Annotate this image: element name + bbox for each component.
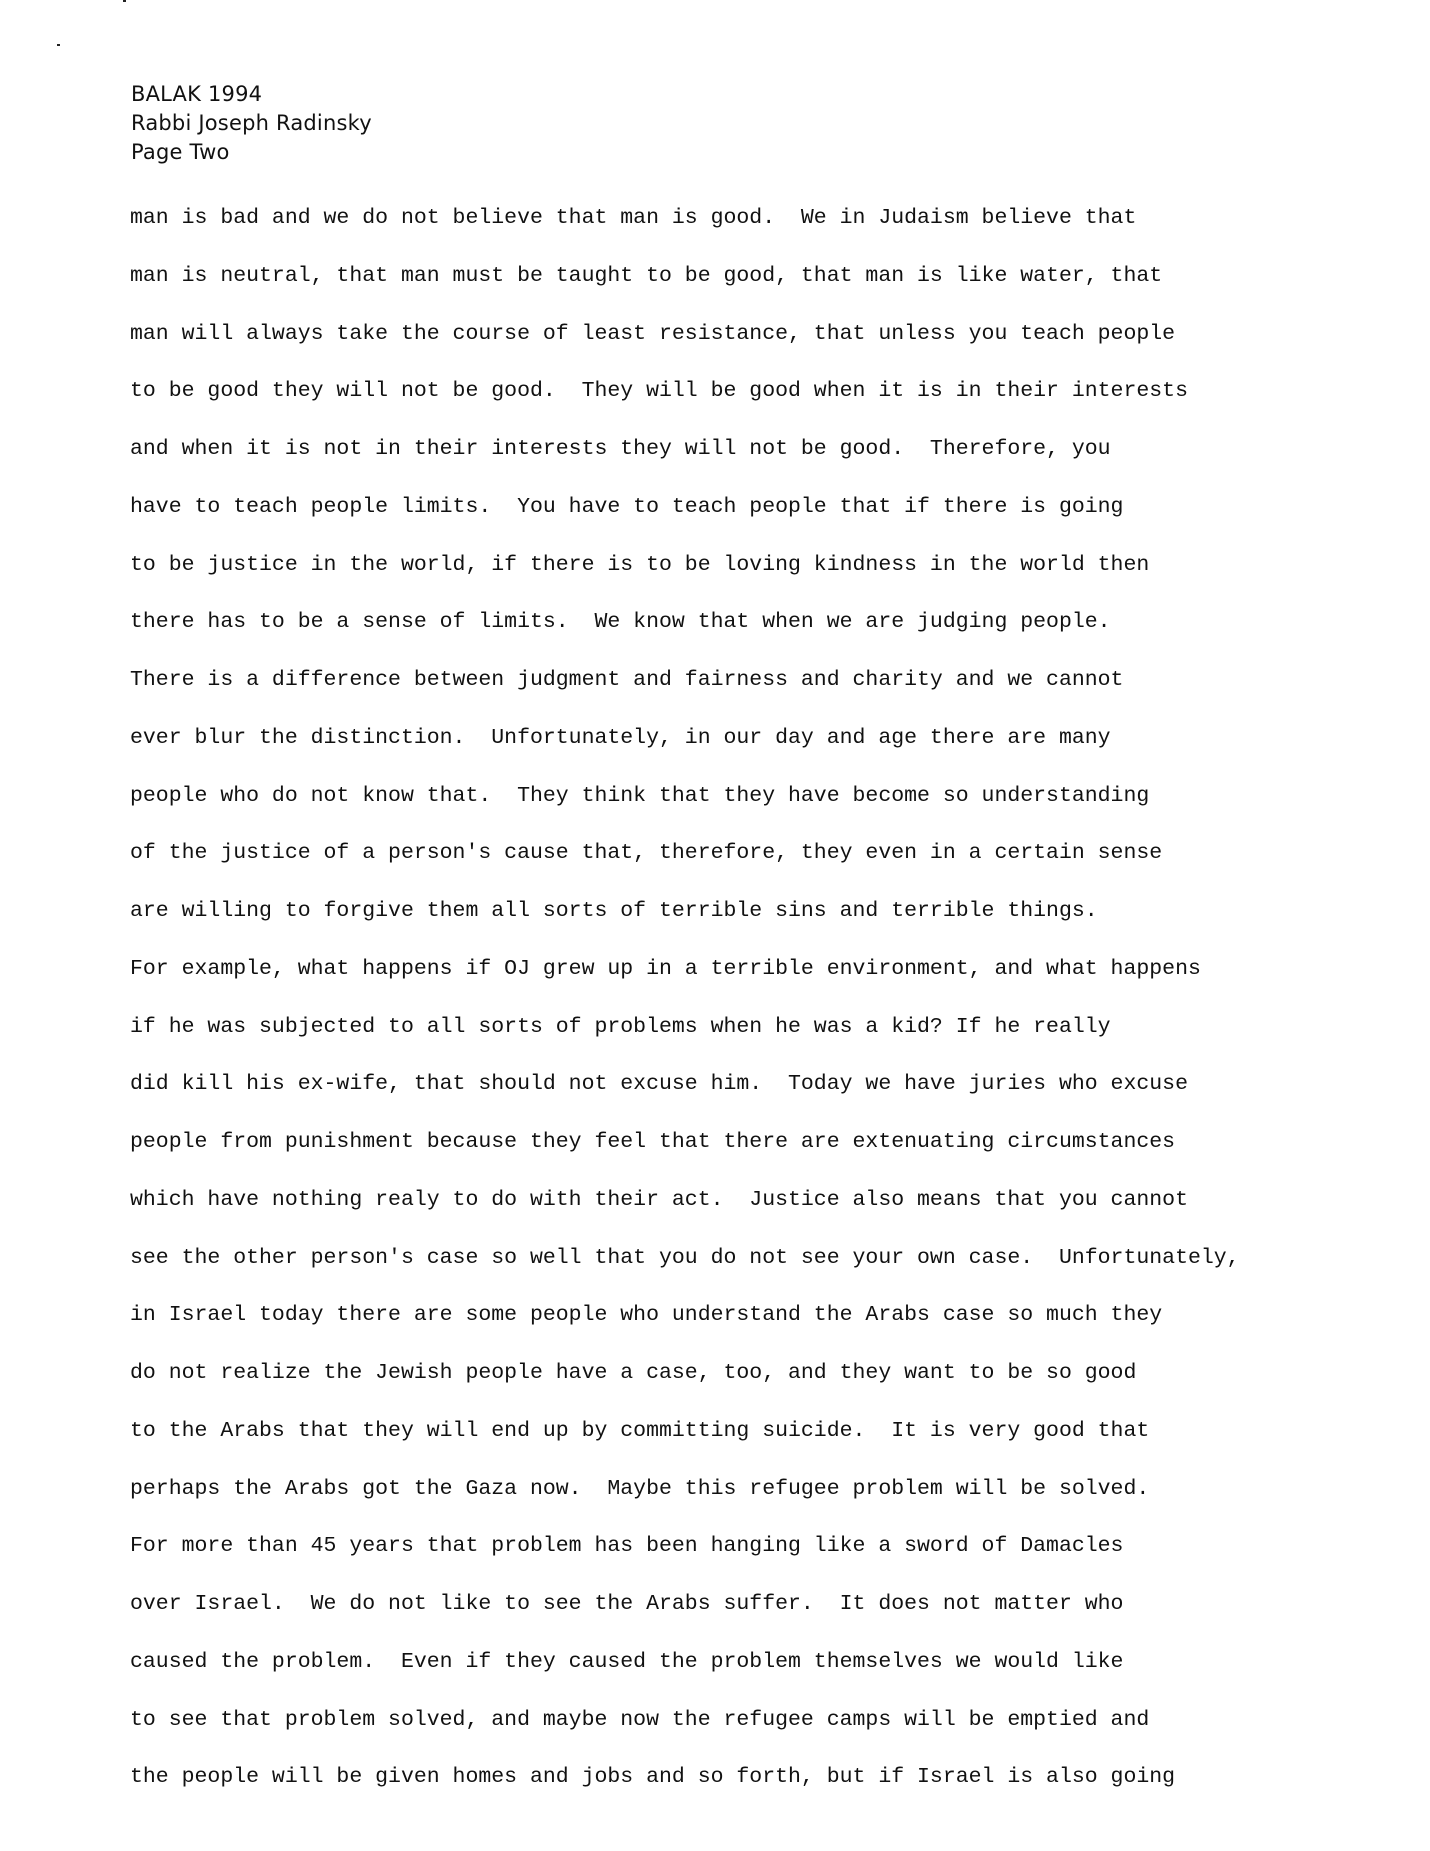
- text-line: see the other person's case so well that…: [130, 1230, 1240, 1288]
- document-body: man is bad and we do not believe that ma…: [130, 190, 1240, 1807]
- text-line: to be good they will not be good. They w…: [130, 363, 1240, 421]
- document-author: Rabbi Joseph Radinsky: [131, 109, 372, 138]
- text-line: There is a difference between judgment a…: [130, 652, 1240, 710]
- text-line: people who do not know that. They think …: [130, 768, 1240, 826]
- text-line: of the justice of a person's cause that,…: [130, 825, 1240, 883]
- text-line: which have nothing realy to do with thei…: [130, 1172, 1240, 1230]
- text-line: to be justice in the world, if there is …: [130, 537, 1240, 595]
- scan-speck: [57, 44, 60, 46]
- page-label: Page Two: [131, 138, 372, 167]
- text-line: to the Arabs that they will end up by co…: [130, 1403, 1240, 1461]
- document-header: BALAK 1994 Rabbi Joseph Radinsky Page Tw…: [131, 80, 372, 167]
- text-line: there has to be a sense of limits. We kn…: [130, 594, 1240, 652]
- text-line: if he was subjected to all sorts of prob…: [130, 999, 1240, 1057]
- text-line: perhaps the Arabs got the Gaza now. Mayb…: [130, 1461, 1240, 1519]
- text-line: to see that problem solved, and maybe no…: [130, 1692, 1240, 1750]
- text-line: in Israel today there are some people wh…: [130, 1287, 1240, 1345]
- document-title: BALAK 1994: [131, 80, 372, 109]
- text-line: people from punishment because they feel…: [130, 1114, 1240, 1172]
- text-line: For more than 45 years that problem has …: [130, 1518, 1240, 1576]
- text-line: do not realize the Jewish people have a …: [130, 1345, 1240, 1403]
- text-line: man will always take the course of least…: [130, 306, 1240, 364]
- text-line: over Israel. We do not like to see the A…: [130, 1576, 1240, 1634]
- scan-speck: [123, 0, 126, 2]
- text-line: did kill his ex-wife, that should not ex…: [130, 1056, 1240, 1114]
- text-line: man is neutral, that man must be taught …: [130, 248, 1240, 306]
- text-line: man is bad and we do not believe that ma…: [130, 190, 1240, 248]
- text-line: caused the problem. Even if they caused …: [130, 1634, 1240, 1692]
- text-line: For example, what happens if OJ grew up …: [130, 941, 1240, 999]
- text-line: the people will be given homes and jobs …: [130, 1749, 1240, 1807]
- text-line: and when it is not in their interests th…: [130, 421, 1240, 479]
- text-line: ever blur the distinction. Unfortunately…: [130, 710, 1240, 768]
- text-line: have to teach people limits. You have to…: [130, 479, 1240, 537]
- text-line: are willing to forgive them all sorts of…: [130, 883, 1240, 941]
